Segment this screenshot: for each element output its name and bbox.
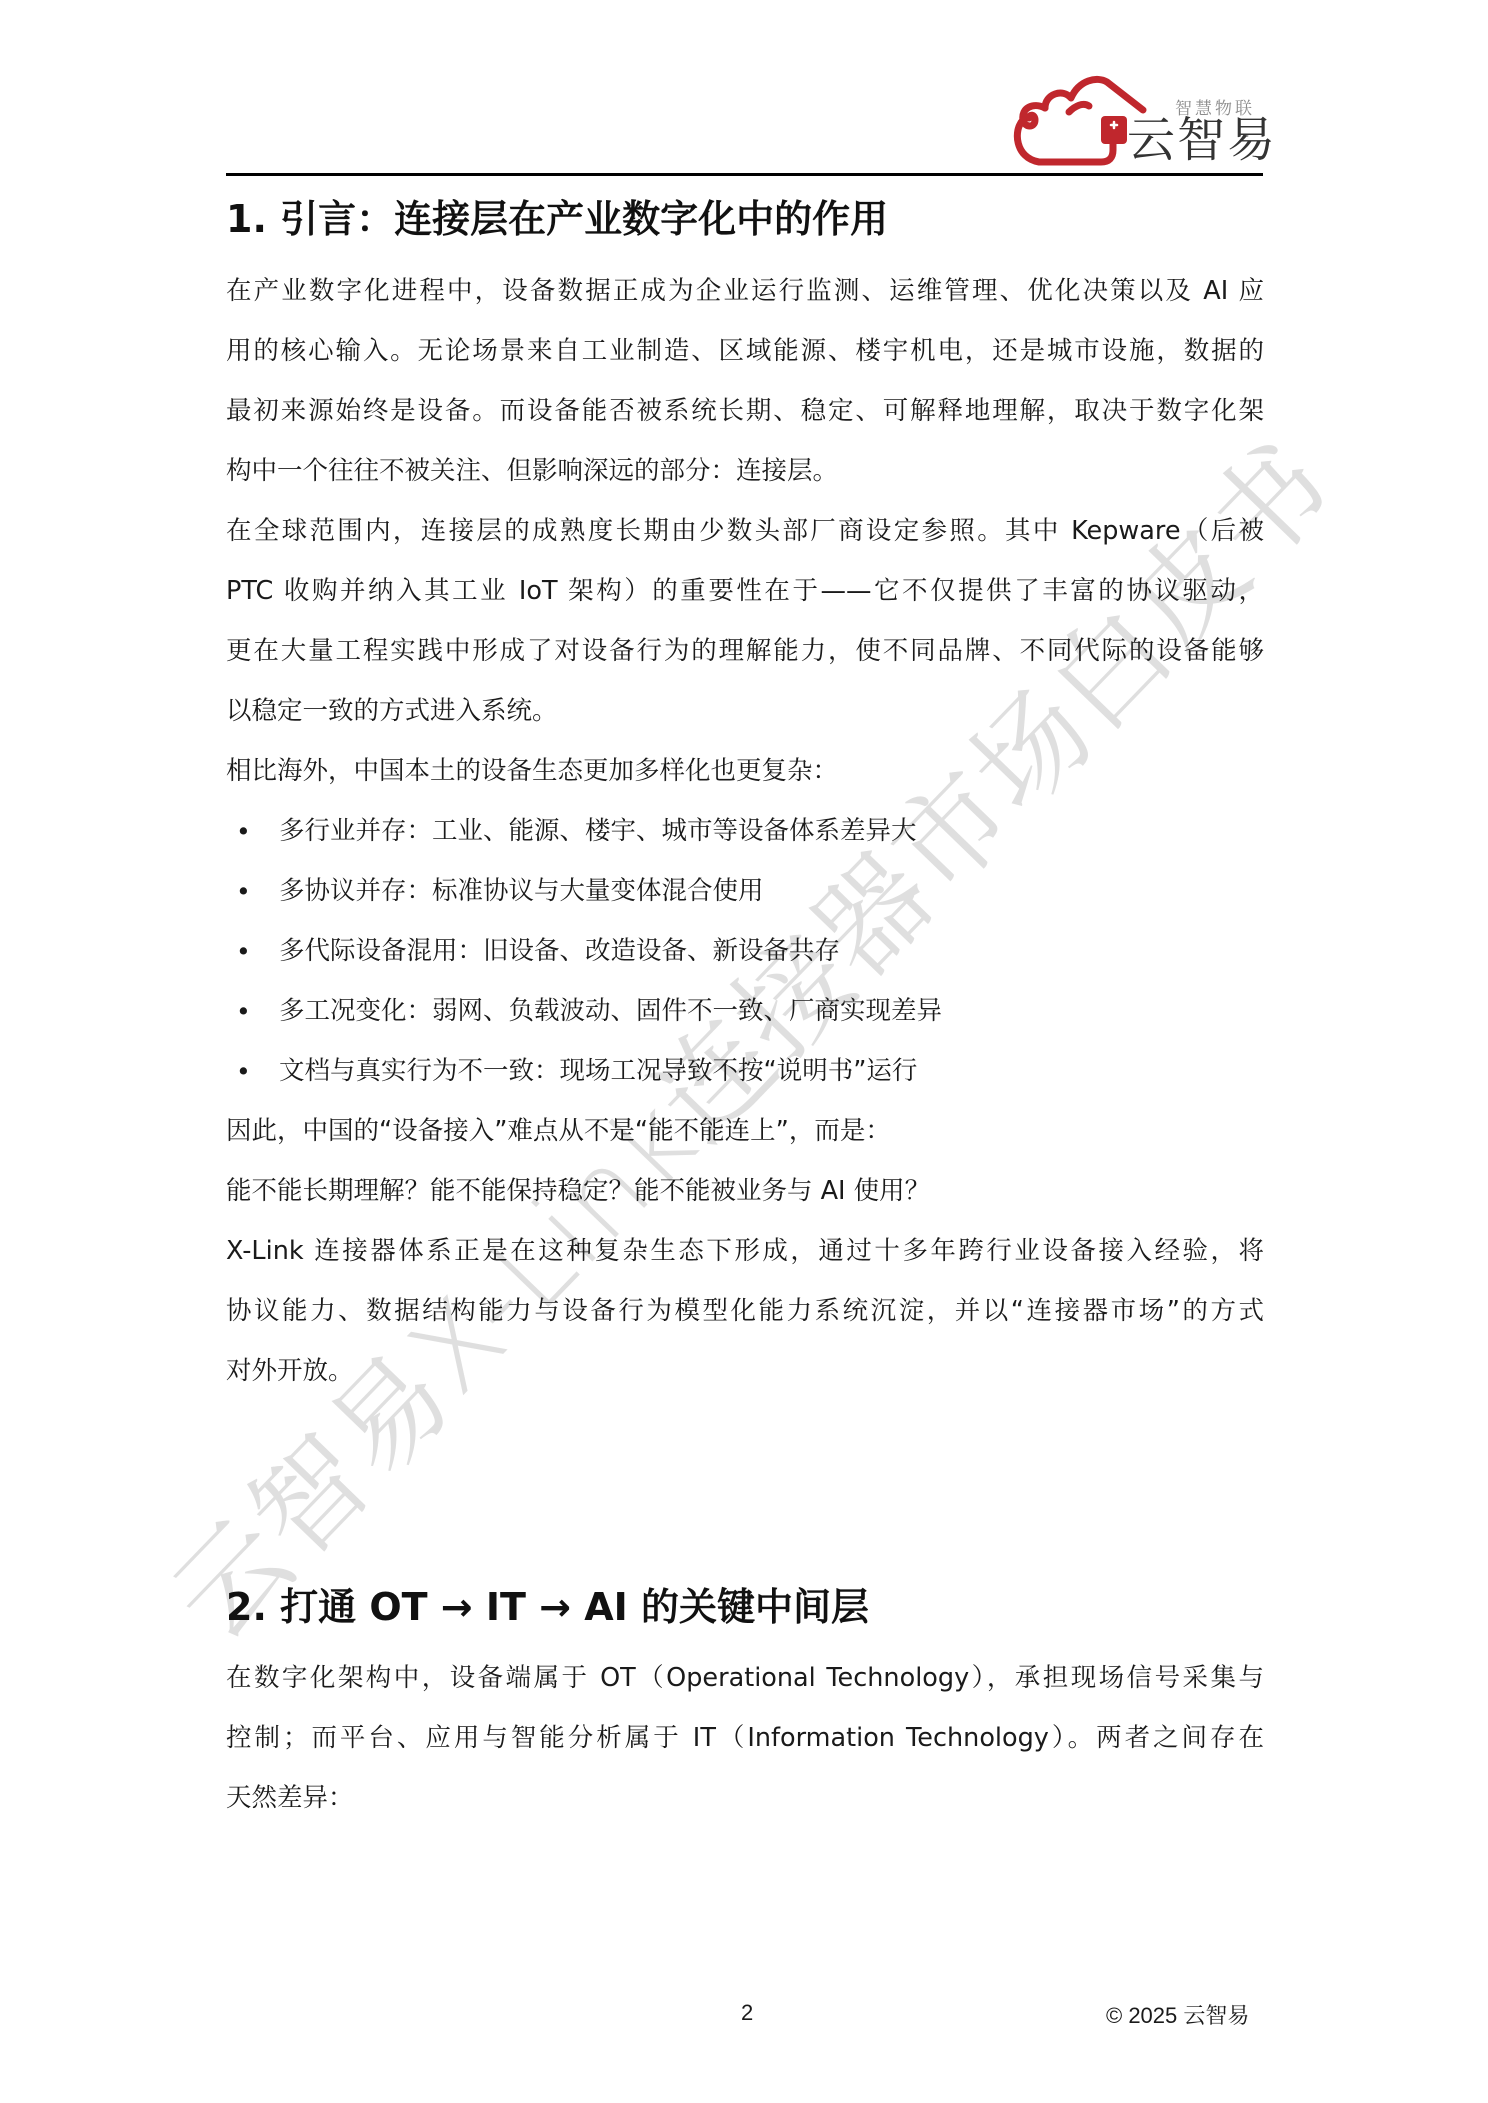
paragraph-line: 相比海外，中国本土的设备生态更加多样化也更复杂： bbox=[226, 759, 838, 785]
list-item-text: 多工况变化：弱网、负载波动、固件不一致、厂商实现差异 bbox=[279, 999, 942, 1025]
brand-logo: 智慧物联 云智易 bbox=[1005, 72, 1275, 172]
paragraph-line: 协议能力、数据结构能力与设备行为模型化能力系统沉淀，并以“连接器市场”的方式 bbox=[226, 1299, 1264, 1325]
paragraph-line: 在全球范围内，连接层的成熟度长期由少数头部厂商设定参照。其中 Kepware（后… bbox=[226, 519, 1264, 545]
copyright-notice: © 2025 云智易 bbox=[1106, 1999, 1249, 2030]
bullet-icon: • bbox=[236, 939, 251, 964]
paragraph-line: 能不能长期理解？能不能保持稳定？能不能被业务与 AI 使用？ bbox=[226, 1179, 930, 1205]
paragraph-line: 控制；而平台、应用与智能分析属于 IT（Information Technolo… bbox=[226, 1726, 1264, 1752]
paragraph-line: 对外开放。 bbox=[226, 1359, 354, 1385]
paragraph-line: 在产业数字化进程中，设备数据正成为企业运行监测、运维管理、优化决策以及 AI 应 bbox=[226, 279, 1264, 305]
section-1-heading: 1. 引言：连接层在产业数字化中的作用 bbox=[226, 200, 888, 238]
paragraph-line: 以稳定一致的方式进入系统。 bbox=[226, 699, 558, 725]
list-item-text: 多行业并存：工业、能源、楼宇、城市等设备体系差异大 bbox=[279, 819, 917, 845]
paragraph-line: 在数字化架构中，设备端属于 OT（Operational Technology）… bbox=[226, 1666, 1264, 1692]
section-2-heading: 2. 打通 OT → IT → AI 的关键中间层 bbox=[226, 1588, 869, 1626]
list-item-text: 多协议并存：标准协议与大量变体混合使用 bbox=[279, 879, 764, 905]
document-page: 云智易X-Link连接器市场白皮书 智慧物联 云智易 1. 引言：连接层在产业数… bbox=[0, 0, 1488, 2103]
paragraph-line: 更在大量工程实践中形成了对设备行为的理解能力，使不同品牌、不同代际的设备能够 bbox=[226, 639, 1264, 665]
page-number: 2 bbox=[741, 2000, 753, 2026]
header-divider bbox=[226, 173, 1263, 176]
list-item-text: 多代际设备混用：旧设备、改造设备、新设备共存 bbox=[279, 939, 840, 965]
paragraph-line: 最初来源始终是设备。而设备能否被系统长期、稳定、可解释地理解，取决于数字化架 bbox=[226, 399, 1264, 425]
list-item-text: 文档与真实行为不一致：现场工况导致不按“说明书”运行 bbox=[279, 1059, 917, 1085]
logo-brand-name: 云智易 bbox=[1127, 116, 1277, 164]
bullet-icon: • bbox=[236, 879, 251, 904]
paragraph-line: PTC 收购并纳入其工业 IoT 架构）的重要性在于——它不仅提供了丰富的协议驱… bbox=[226, 579, 1264, 605]
paragraph-line: 天然差异： bbox=[226, 1786, 354, 1812]
bullet-icon: • bbox=[236, 999, 251, 1024]
paragraph-line: 用的核心输入。无论场景来自工业制造、区域能源、楼宇机电，还是城市设施，数据的 bbox=[226, 339, 1264, 365]
bullet-icon: • bbox=[236, 1059, 251, 1084]
paragraph-line: 构中一个往往不被关注、但影响深远的部分：连接层。 bbox=[226, 459, 838, 485]
bullet-icon: • bbox=[236, 819, 251, 844]
paragraph-line: 因此，中国的“设备接入”难点从不是“能不能连上”，而是： bbox=[226, 1119, 891, 1145]
paragraph-line: X-Link 连接器体系正是在这种复杂生态下形成，通过十多年跨行业设备接入经验，… bbox=[226, 1239, 1264, 1265]
